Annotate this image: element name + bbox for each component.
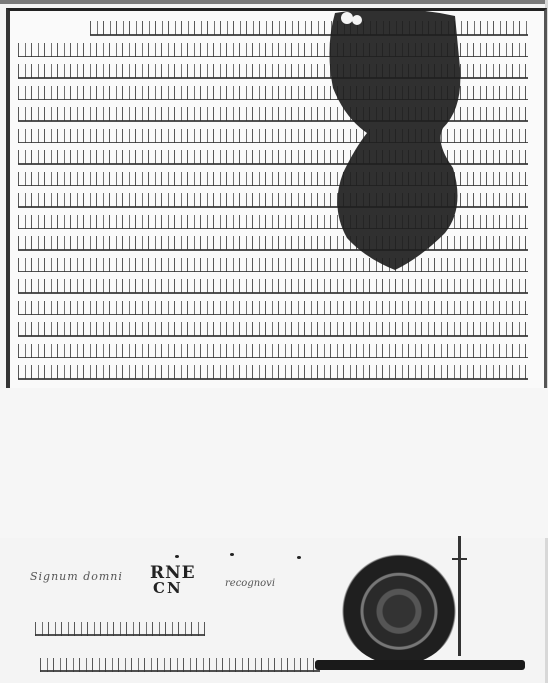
script-baseline	[18, 335, 528, 337]
ink-speck	[175, 555, 179, 558]
script-baseline	[18, 314, 528, 316]
script-line	[18, 344, 528, 358]
script-line	[18, 279, 528, 293]
script-baseline	[18, 292, 528, 294]
dating-line-1-baseline	[35, 634, 205, 636]
wax-seal	[340, 553, 458, 665]
ink-speck	[297, 556, 301, 559]
script-line	[18, 322, 528, 336]
script-line	[18, 301, 528, 315]
blank-margin	[0, 388, 548, 538]
script-baseline	[18, 378, 528, 380]
seal-tag	[315, 660, 525, 670]
recognition-line: recognovi	[225, 578, 275, 589]
dating-line-2-baseline	[40, 670, 320, 672]
script-baseline	[18, 357, 528, 359]
cross-mark	[458, 536, 461, 656]
signum-line: Signum domni	[30, 570, 123, 583]
damage-stain	[325, 8, 465, 273]
royal-monogram: RNE CN	[150, 563, 200, 599]
monogram-bottom: CN	[153, 579, 183, 597]
ink-speck	[230, 553, 234, 556]
scan-top-edge	[0, 0, 548, 4]
cross-bar	[452, 558, 467, 560]
script-line	[18, 365, 528, 379]
charter-body	[6, 8, 547, 389]
